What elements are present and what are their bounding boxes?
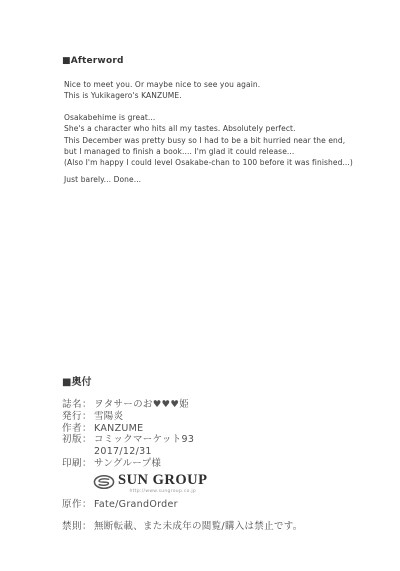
afterword-section: ■Afterword Nice to meet you. Or maybe ni… — [62, 56, 382, 185]
colophon-row-first-edition-date: 2017/12/31 — [62, 446, 382, 458]
colophon-row-printer: 印刷： サングループ様 — [62, 458, 382, 470]
colophon-heading: ■奥付 — [62, 376, 382, 389]
colophon-value: ヲタサーのお♥♥♥姫 — [94, 399, 189, 411]
colophon-label: 誌名： — [62, 399, 94, 411]
afterword-line: This December was pretty busy so I had t… — [64, 135, 382, 146]
colophon-value: コミックマーケット93 — [94, 434, 194, 446]
colophon-row-publisher: 発行： 雪陽炎 — [62, 411, 382, 423]
afterword-line: She's a character who hits all my tastes… — [64, 123, 382, 134]
colophon-row-prohibition: 禁則： 無断転載、また未成年の閲覧/購入は禁止です。 — [62, 521, 382, 533]
colophon-rows: 誌名： ヲタサーのお♥♥♥姫 発行： 雪陽炎 作者： KANZUME 初版： コ… — [62, 399, 382, 532]
afterword-paragraph-main: Osakabehime is great... She's a characte… — [64, 112, 382, 169]
colophon-label: 初版： — [62, 434, 94, 446]
printer-logo-name: SUN GROUP — [118, 473, 208, 488]
colophon-label: 禁則： — [62, 521, 94, 533]
afterword-line: This is Yukikagero's KANZUME. — [64, 90, 382, 101]
colophon-value: サングループ様 — [94, 458, 161, 470]
printer-logo: SUN GROUP http://www.sungroup.co.jp — [93, 473, 382, 497]
colophon-label-spacer — [62, 446, 94, 458]
colophon-label: 作者： — [62, 423, 94, 435]
colophon-label: 印刷： — [62, 458, 94, 470]
afterword-line: Just barely... Done... — [64, 174, 382, 185]
colophon-label: 原作： — [62, 499, 94, 511]
colophon-row-first-edition: 初版： コミックマーケット93 — [62, 434, 382, 446]
doujin-colophon-page: ■Afterword Nice to meet you. Or maybe ni… — [0, 0, 400, 571]
sun-group-logo-icon — [93, 474, 115, 490]
colophon-value: Fate/GrandOrder — [94, 499, 178, 511]
colophon-row-author: 作者： KANZUME — [62, 423, 382, 435]
colophon-label: 発行： — [62, 411, 94, 423]
afterword-line: (Also I'm happy I could level Osakabe-ch… — [64, 157, 382, 168]
afterword-line: Osakabehime is great... — [64, 112, 382, 123]
colophon-row-title: 誌名： ヲタサーのお♥♥♥姫 — [62, 399, 382, 411]
colophon-value: KANZUME — [94, 423, 143, 435]
colophon-section: ■奥付 誌名： ヲタサーのお♥♥♥姫 発行： 雪陽炎 作者： KANZUME 初… — [62, 376, 382, 532]
colophon-value: 無断転載、また未成年の閲覧/購入は禁止です。 — [94, 521, 303, 533]
afterword-heading: ■Afterword — [62, 56, 382, 67]
printer-logo-url: http://www.sungroup.co.jp — [129, 489, 196, 494]
printer-logo-textblock: SUN GROUP http://www.sungroup.co.jp — [118, 473, 208, 494]
afterword-paragraph-greeting: Nice to meet you. Or maybe nice to see y… — [64, 79, 382, 102]
colophon-value: 2017/12/31 — [94, 446, 152, 458]
colophon-value: 雪陽炎 — [94, 411, 123, 423]
afterword-paragraph-closing: Just barely... Done... — [64, 174, 382, 185]
colophon-row-original-work: 原作： Fate/GrandOrder — [62, 499, 382, 511]
afterword-line: Nice to meet you. Or maybe nice to see y… — [64, 79, 382, 90]
afterword-line: but I managed to finish a book.... I'm g… — [64, 146, 382, 157]
